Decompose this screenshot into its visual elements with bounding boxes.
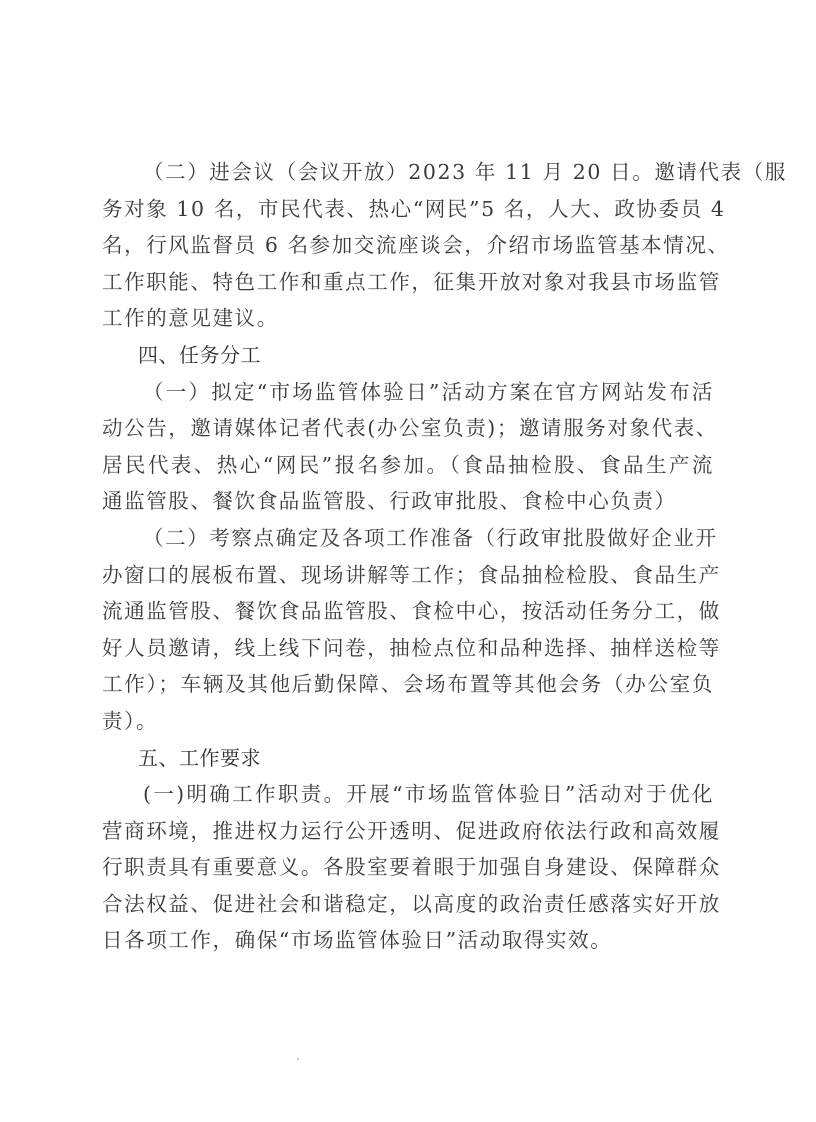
text-line: 办窗口的展板布置、现场讲解等工作；食品抽检检股、食品生产 <box>102 557 714 594</box>
paragraph-site-preparation: （二）考察点确定及各项工作准备（行政审批股做好企业开 办窗口的展板布置、现场讲解… <box>102 520 714 740</box>
paragraph-clarify-duties: (一)明确工作职责。开展“市场监管体验日”活动对于优化 营商环境，推进权力运行公… <box>102 776 714 959</box>
text-line: 行职责具有重要意义。各股室要着眼于加强自身建设、保障群众 <box>102 849 714 886</box>
text-line: 务对象 10 名，市民代表、热心“网民”5 名，人大、政协委员 4 <box>102 191 714 228</box>
text-line: 合法权益、促进社会和谐稳定，以高度的政治责任感落实好开放 <box>102 886 714 923</box>
scan-speck <box>297 1058 299 1060</box>
document-page: （二）进会议（会议开放）2023 年 11 月 20 日。邀请代表（服 务对象 … <box>102 154 714 959</box>
text-line: （一）拟定“市场监管体验日”活动方案在官方网站发布活 <box>102 374 714 411</box>
text-line: 责）。 <box>102 703 714 740</box>
text-line: (一)明确工作职责。开展“市场监管体验日”活动对于优化 <box>102 776 714 813</box>
text-line: 工作职能、特色工作和重点工作，征集开放对象对我县市场监管 <box>102 264 714 301</box>
text-line: （二）考察点确定及各项工作准备（行政审批股做好企业开 <box>102 520 714 557</box>
text-line: 工作）；车辆及其他后勤保障、会场布置等其他会务（办公室负 <box>102 666 714 703</box>
text-line: 日各项工作，确保“市场监管体验日”活动取得实效。 <box>102 922 714 959</box>
section-heading-work-requirements: 五、工作要求 <box>102 740 714 777</box>
text-line: 流通监管股、餐饮食品监管股、食检中心，按活动任务分工，做 <box>102 593 714 630</box>
text-line: 名，行风监督员 6 名参加交流座谈会，介绍市场监管基本情况、 <box>102 227 714 264</box>
text-line: 好人员邀请，线上线下问卷，抽检点位和品种选择、抽样送检等 <box>102 630 714 667</box>
paragraph-meeting-open: （二）进会议（会议开放）2023 年 11 月 20 日。邀请代表（服 务对象 … <box>102 154 714 337</box>
paragraph-plan-draft: （一）拟定“市场监管体验日”活动方案在官方网站发布活 动公告，邀请媒体记者代表(… <box>102 374 714 520</box>
text-line: （二）进会议（会议开放）2023 年 11 月 20 日。邀请代表（服 <box>102 154 714 191</box>
section-heading-task-division: 四、任务分工 <box>102 337 714 374</box>
text-line: 通监管股、餐饮食品监管股、行政审批股、食检中心负责） <box>102 483 714 520</box>
text-line: 居民代表、热心“网民”报名参加。（食品抽检股、食品生产流 <box>102 447 714 484</box>
text-line: 动公告，邀请媒体记者代表(办公室负责)；邀请服务对象代表、 <box>102 410 714 447</box>
text-line: 工作的意见建议。 <box>102 300 714 337</box>
text-line: 营商环境，推进权力运行公开透明、促进政府依法行政和高效履 <box>102 813 714 850</box>
